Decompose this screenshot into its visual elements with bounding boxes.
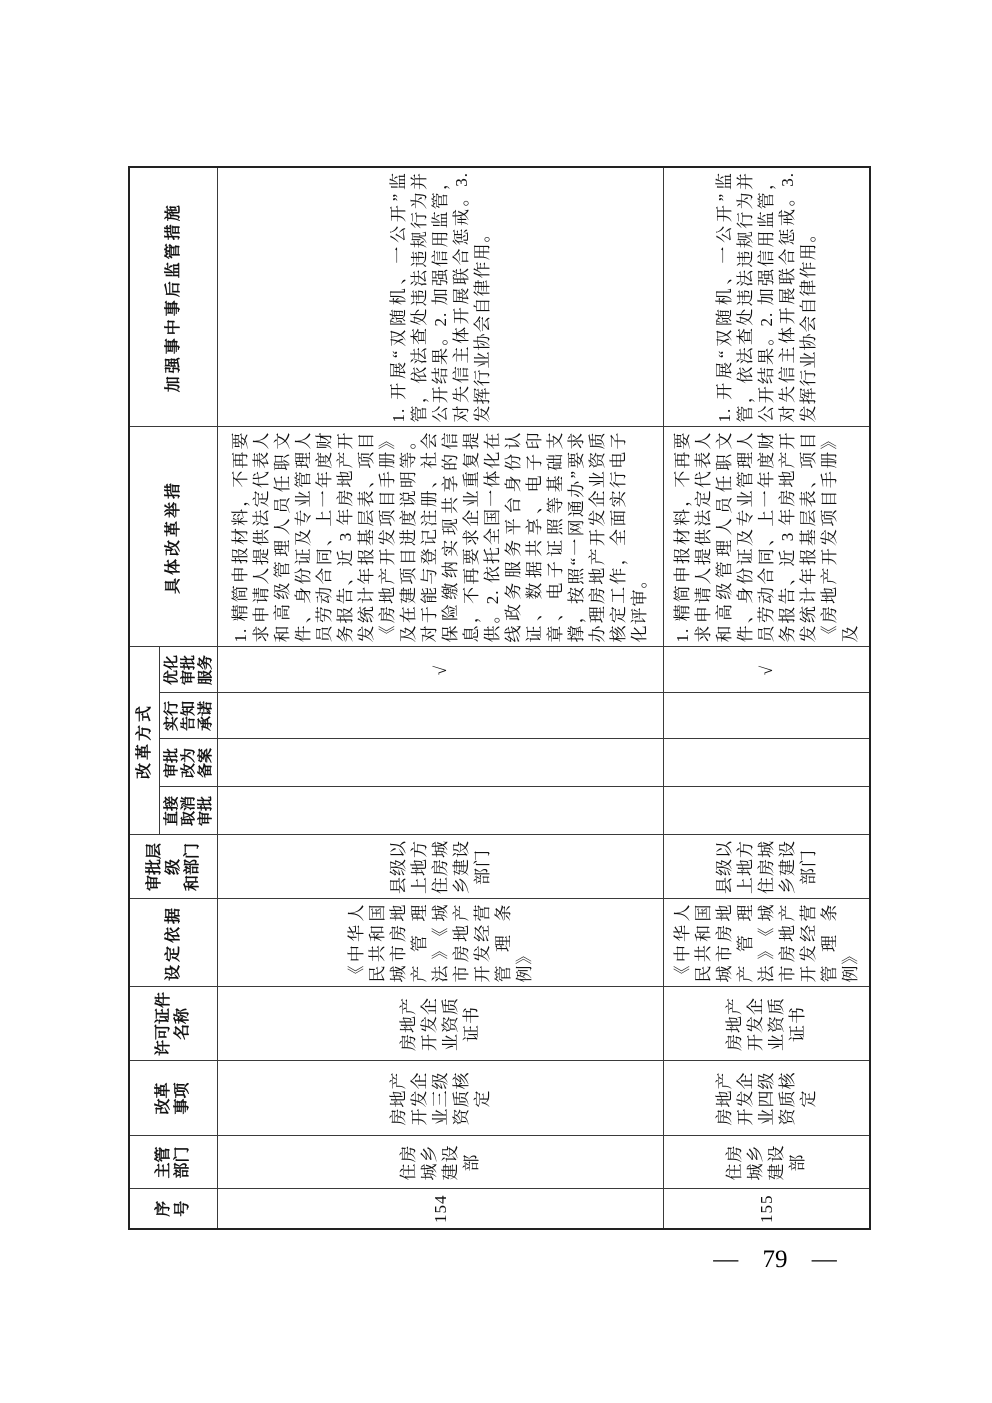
cell-license-certificate-name: 房地产开发企业资质证书	[217, 987, 663, 1061]
table-row-154: 154 住房城乡建设部 房地产开发企业三级资质核定 房地产开发企业资质证书 《中…	[217, 167, 663, 1229]
cell-optimize-checkmark: √	[217, 647, 663, 693]
header-serial-number: 序号	[129, 1189, 217, 1229]
cell-reform-item: 房地产开发企业四级资质核定	[663, 1061, 870, 1136]
header-approval-to-filing: 审批 改为 备案	[159, 739, 217, 787]
cell-direct-cancel-mark	[217, 787, 663, 835]
cell-commitment-mark	[663, 693, 870, 739]
cell-competent-department: 住房城乡建设部	[663, 1136, 870, 1189]
cell-commitment-mark	[217, 693, 663, 739]
cell-filing-mark	[663, 739, 870, 787]
header-specific-reform-measures: 具体改革举措	[129, 427, 217, 647]
cell-supervision-measures: 1. 开展“双随机、一公开”监管，依法查处违法违规行为并公开结果。2. 加强信用…	[217, 167, 663, 427]
header-reform-mode-group: 改革方式	[129, 647, 159, 835]
header-notification-commitment: 实行 告知 承诺	[159, 693, 217, 739]
cell-serial-number: 154	[217, 1189, 663, 1229]
cell-setting-basis: 《中华人民共和国城市房地产管理法》《城市房地产开发经营管理条例》	[663, 899, 870, 987]
header-setting-basis: 设定依据	[129, 899, 217, 987]
rotated-reform-table: 序号 主管 部门 改革 事项 许可证件 名称 设定依据 审批层级 和部门 改革方…	[128, 168, 862, 1230]
header-competent-department: 主管 部门	[129, 1136, 217, 1189]
header-direct-cancel-approval: 直接 取消 审批	[159, 787, 217, 835]
header-optimize-approval-service: 优化 审批 服务	[159, 647, 217, 693]
cell-specific-reform-measures: 1. 精简申报材料，不再要求申请人提供法定代表人和高级管理人员任职文件、身份证及…	[217, 427, 663, 647]
cell-setting-basis: 《中华人民共和国城市房地产管理法》《城市房地产开发经营管理条例》	[217, 899, 663, 987]
cell-direct-cancel-mark	[663, 787, 870, 835]
cell-optimize-checkmark: √	[663, 647, 870, 693]
header-license-certificate-name: 许可证件 名称	[129, 987, 217, 1061]
cell-license-certificate-name: 房地产开发企业资质证书	[663, 987, 870, 1061]
document-page: 序号 主管 部门 改革 事项 许可证件 名称 设定依据 审批层级 和部门 改革方…	[0, 0, 992, 1403]
cell-supervision-measures: 1. 开展“双随机、一公开”监管，依法查处违法违规行为并公开结果。2. 加强信用…	[663, 167, 870, 427]
header-approval-level-department: 审批层级 和部门	[129, 835, 217, 899]
header-reform-item: 改革 事项	[129, 1061, 217, 1136]
cell-reform-item: 房地产开发企业三级资质核定	[217, 1061, 663, 1136]
header-supervision-measures: 加强事中事后监管措施	[129, 167, 217, 427]
reform-items-table: 序号 主管 部门 改革 事项 许可证件 名称 设定依据 审批层级 和部门 改革方…	[128, 166, 871, 1230]
cell-approval-level-department: 县级以上地方住房城乡建设部门	[217, 835, 663, 899]
cell-filing-mark	[217, 739, 663, 787]
cell-competent-department: 住房城乡建设部	[217, 1136, 663, 1189]
cell-approval-level-department: 县级以上地方住房城乡建设部门	[663, 835, 870, 899]
header-row-1: 序号 主管 部门 改革 事项 许可证件 名称 设定依据 审批层级 和部门 改革方…	[129, 167, 159, 1229]
table-row-155: 155 住房城乡建设部 房地产开发企业四级资质核定 房地产开发企业资质证书 《中…	[663, 167, 870, 1229]
cell-specific-reform-measures: 1. 精简申报材料，不再要求申请人提供法定代表人和高级管理人员任职文件、身份证及…	[663, 427, 870, 647]
page-number: — 79 —	[690, 1246, 860, 1274]
cell-serial-number: 155	[663, 1189, 870, 1229]
